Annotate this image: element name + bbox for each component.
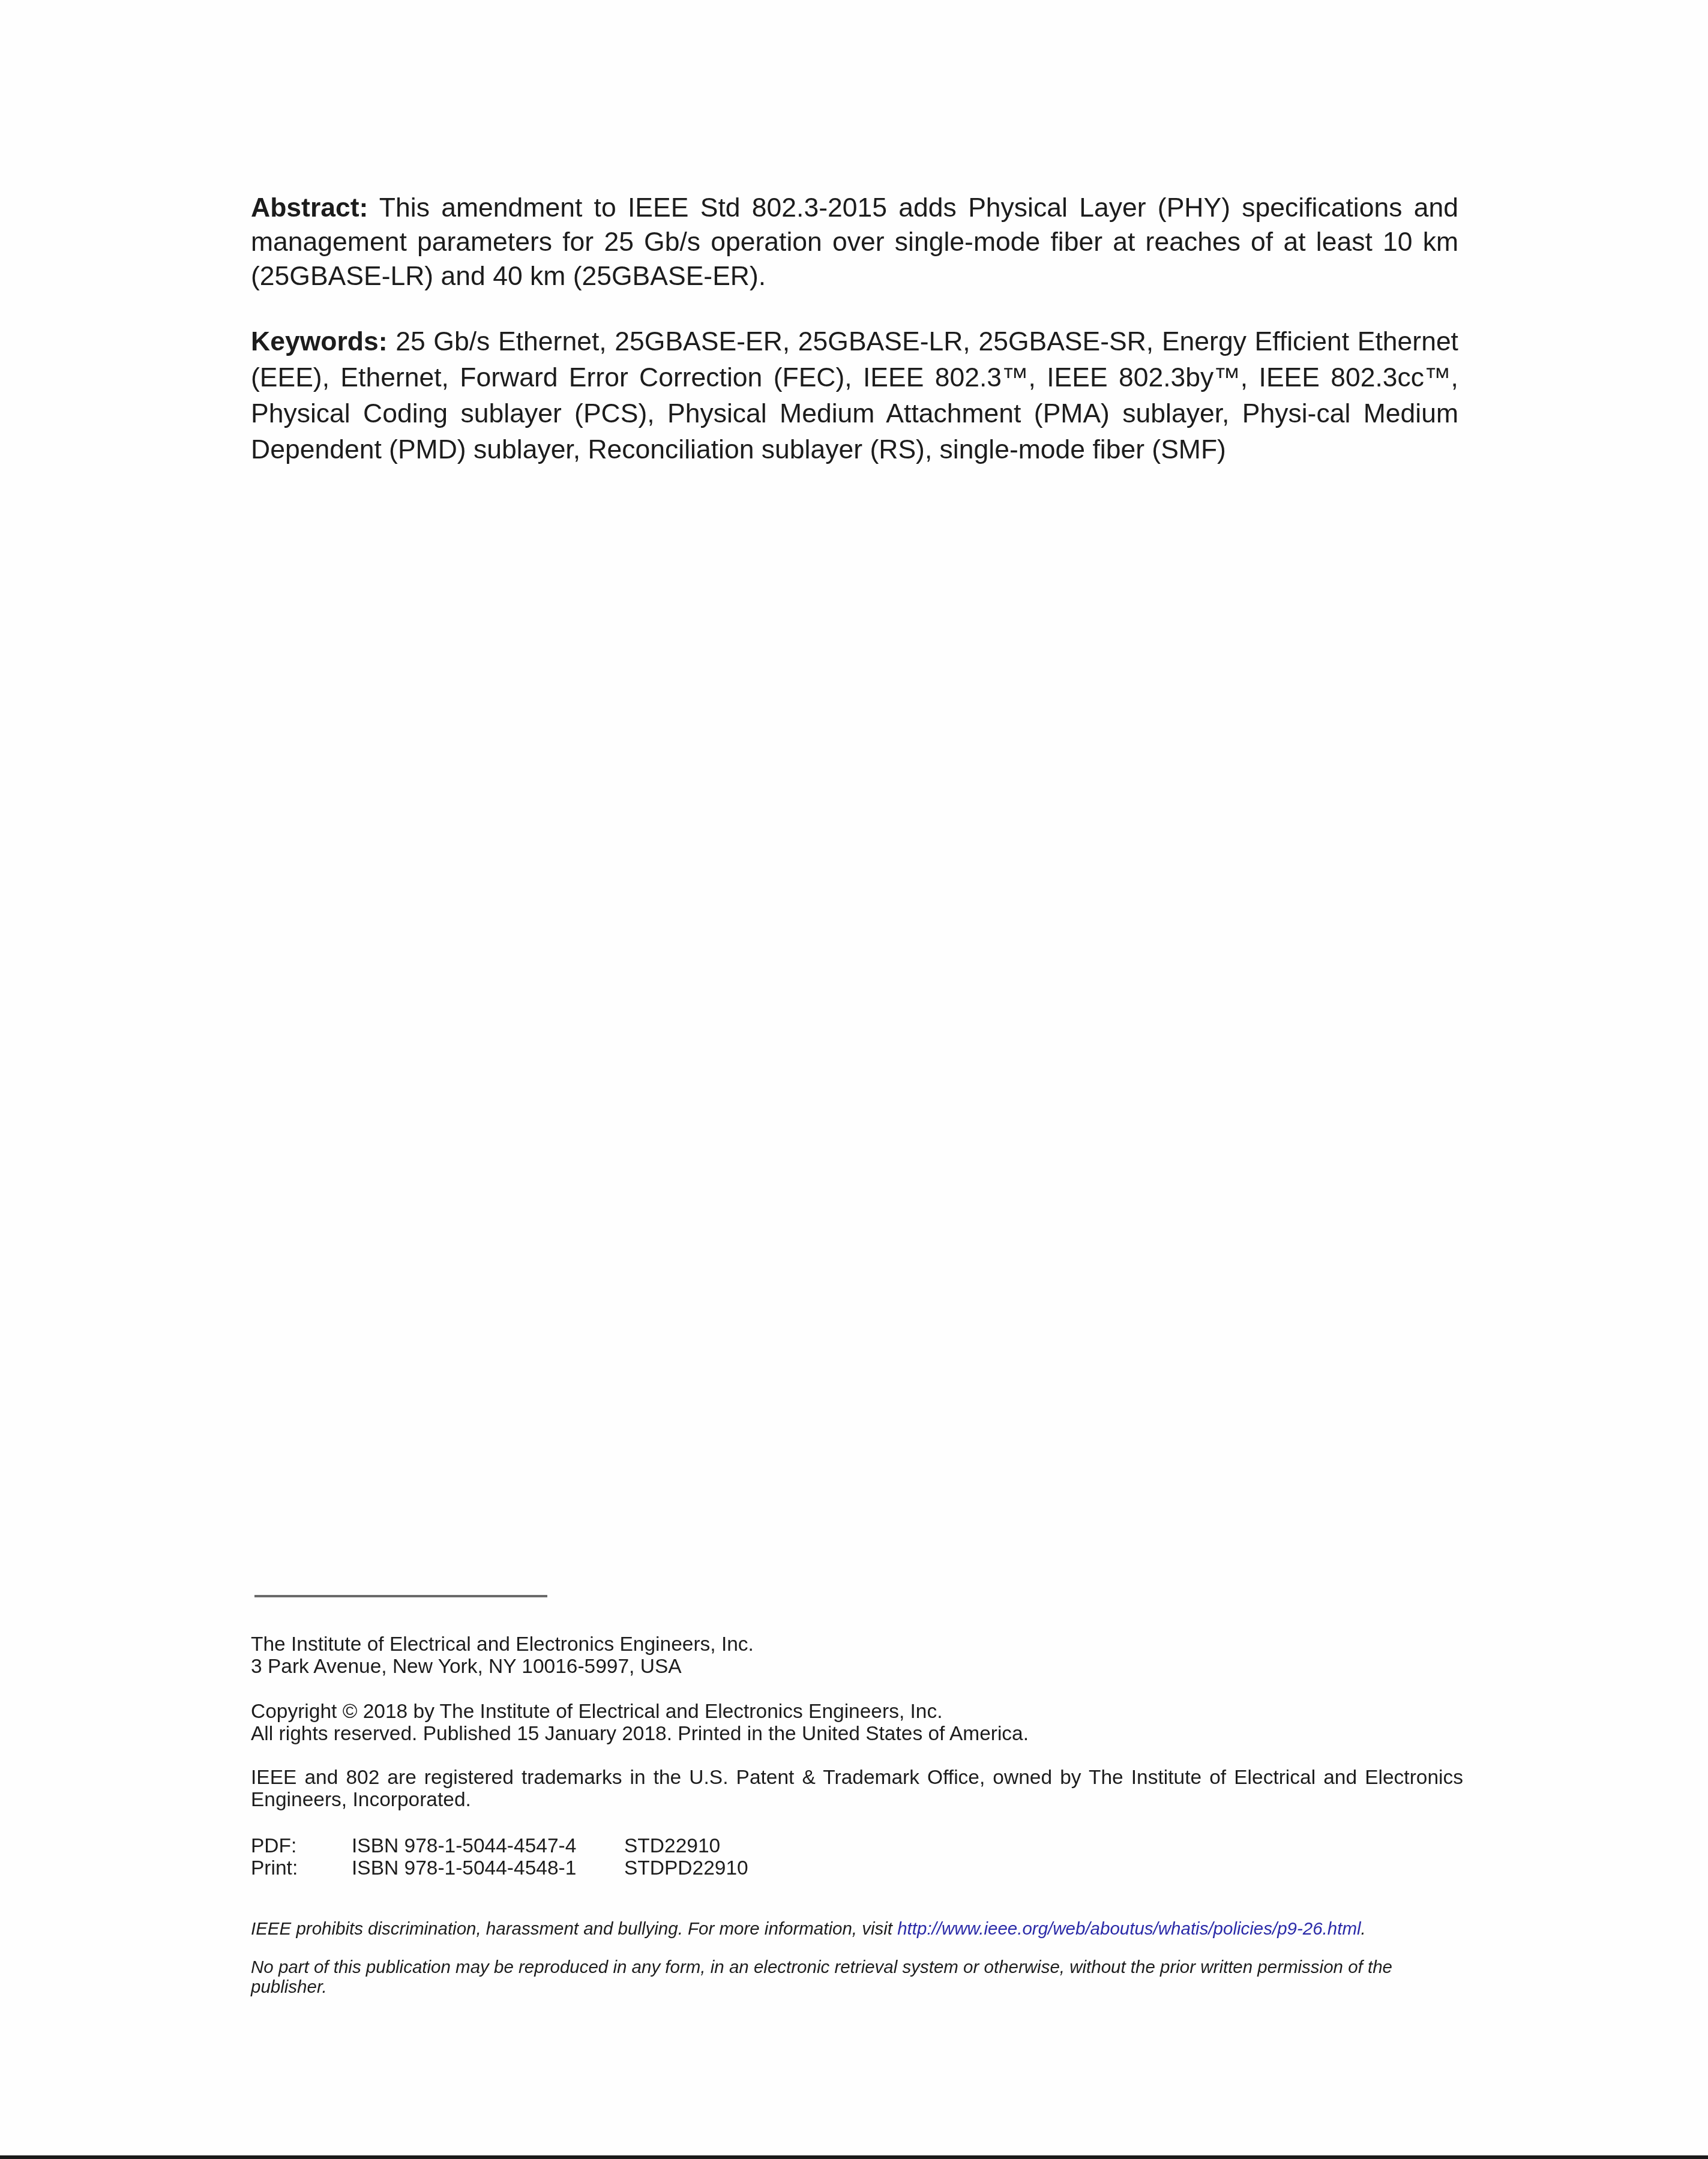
notice-trail: .	[1361, 1919, 1366, 1939]
isbn-format: PDF:	[251, 1835, 352, 1857]
document-page: Abstract: This amendment to IEEE Std 802…	[0, 0, 1708, 2155]
copyright-line: Copyright © 2018 by The Institute of Ele…	[251, 1701, 1463, 1723]
isbn-block: PDF: ISBN 978-1-5044-4547-4 STD22910 Pri…	[251, 1835, 1463, 1879]
isbn-number: ISBN 978-1-5044-4547-4	[352, 1835, 624, 1857]
keywords-paragraph: Keywords: 25 Gb/s Ethernet, 25GBASE-ER, …	[251, 324, 1458, 468]
abstract-label: Abstract:	[251, 193, 368, 223]
rights-line: All rights reserved. Published 15 Januar…	[251, 1723, 1463, 1745]
isbn-row-pdf: PDF: ISBN 978-1-5044-4547-4 STD22910	[251, 1835, 1463, 1857]
isbn-row-print: Print: ISBN 978-1-5044-4548-1 STDPD22910	[251, 1857, 1463, 1879]
isbn-code: STDPD22910	[624, 1857, 748, 1879]
publisher-name: The Institute of Electrical and Electron…	[251, 1633, 1463, 1656]
abstract-text: This amendment to IEEE Std 802.3-2015 ad…	[251, 193, 1458, 291]
isbn-number: ISBN 978-1-5044-4548-1	[352, 1857, 624, 1879]
permission-notice: No part of this publication may be repro…	[251, 1957, 1463, 1997]
anti-discrimination-notice: IEEE prohibits discrimination, harassmen…	[251, 1918, 1463, 1940]
publisher-block: The Institute of Electrical and Electron…	[251, 1633, 1463, 1678]
isbn-code: STD22910	[624, 1835, 720, 1857]
policy-link[interactable]: http://www.ieee.org/web/aboutus/whatis/p…	[897, 1919, 1361, 1939]
notice-text: IEEE prohibits discrimination, harassmen…	[251, 1919, 897, 1939]
page-bottom-border	[0, 2155, 1708, 2159]
footnote-divider	[254, 1595, 547, 1597]
isbn-format: Print:	[251, 1857, 352, 1879]
keywords-text: 25 Gb/s Ethernet, 25GBASE-ER, 25GBASE-LR…	[251, 327, 1458, 464]
keywords-label: Keywords:	[251, 327, 388, 356]
publisher-address: 3 Park Avenue, New York, NY 10016-5997, …	[251, 1656, 1463, 1678]
copyright-block: Copyright © 2018 by The Institute of Ele…	[251, 1701, 1463, 1745]
trademark-notice: IEEE and 802 are registered trademarks i…	[251, 1767, 1463, 1811]
abstract-paragraph: Abstract: This amendment to IEEE Std 802…	[251, 191, 1458, 293]
